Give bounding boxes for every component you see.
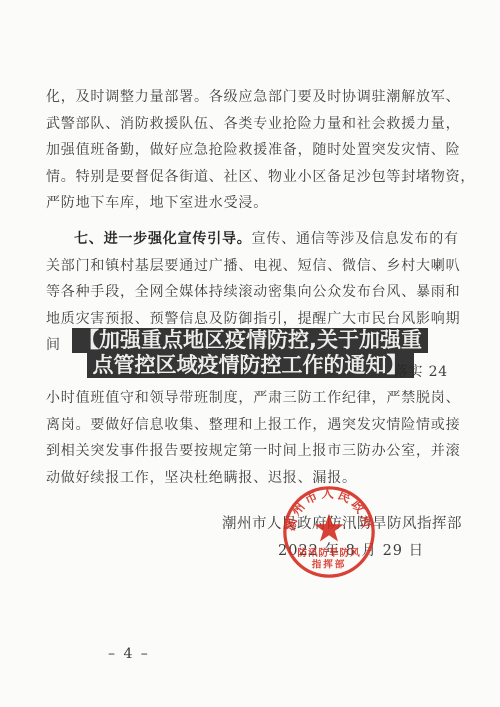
text-line: 小时值班值守和领导带班制度，严肃三防工作纪律，严禁脱岗、 (46, 385, 458, 412)
star-icon (314, 514, 343, 542)
caption-overlay-banner: 【加强重点地区疫情防控,关于加强重 点管控区域疫情防控工作的通知】 (0, 328, 500, 378)
seal-center-text-1: 防汛防旱防风 (297, 547, 360, 559)
page-number: – 4 – (108, 646, 150, 662)
text-line: 武警部队、消防救援队伍、各类专业抢险力量和社会救援力量， (46, 111, 458, 138)
heading-rest: 宣传、通信等涉及信息发布的有 (252, 231, 459, 247)
text-line: 严防地下车库，地下室进水受浸。 (46, 190, 458, 217)
text-line-heading: 七、进一步强化宣传引导。宣传、通信等涉及信息发布的有 (46, 226, 458, 253)
text-line: 化，及时调整力量部署。各级应急部门要及时协调驻潮解放军、 (46, 84, 458, 111)
seal-center-text-2: 指挥部 (312, 559, 347, 571)
text-line: 离岗。要做好信息收集、整理和上报工作，遇突发灾情险情或接 (46, 412, 458, 439)
document-page: 化，及时调整力量部署。各级应急部门要及时协调驻潮解放军、 武警部队、消防救援队伍… (0, 0, 500, 707)
official-seal: 潮州市人民政府 防汛防旱防风 指挥部 (281, 484, 377, 580)
text-line: 情。特别是要督促各街道、社区、物业小区备足沙包等封堵物资， (46, 164, 458, 191)
text-line: 等各种手段，全网全媒体持续滚动密集向公众发布台风、暴雨和 (46, 279, 458, 306)
text-line: 关部门和镇村基层要通过广播、电视、短信、微信、乡村大喇叭 (46, 253, 458, 280)
caption-line-1: 【加强重点地区疫情防控,关于加强重 (72, 328, 428, 353)
text-line: 动做好续报工作，坚决杜绝瞒报、迟报、漏报。 (46, 465, 458, 492)
text-line: 加强值班备勤，做好应急抢险救援准备，随时处置突发灾情、险 (46, 137, 458, 164)
text-line: 到相关突发事件报告要按规定第一时间上报市三防办公室，并滚 (46, 438, 458, 465)
caption-line-2: 点管控区域疫情防控工作的通知】 (87, 353, 414, 378)
paragraph-1: 化，及时调整力量部署。各级应急部门要及时协调驻潮解放军、 武警部队、消防救援队伍… (46, 84, 458, 217)
section-heading: 七、进一步强化宣传引导。 (74, 231, 252, 247)
